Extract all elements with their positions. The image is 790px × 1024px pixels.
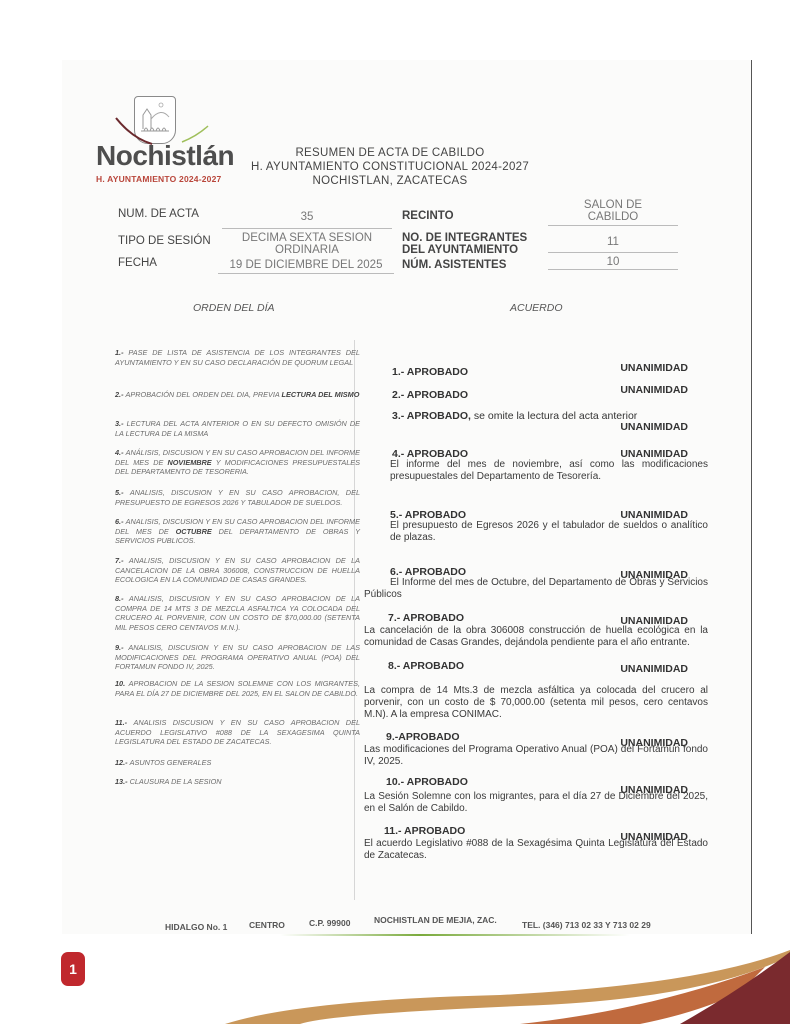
orden-item: 10. APROBACION DE LA SESION SOLEMNE CON … bbox=[115, 679, 360, 698]
acuerdo-heading: 1.- APROBADO bbox=[392, 366, 468, 378]
acuerdo-body: El acuerdo Legislativo #088 de la Sexagé… bbox=[364, 838, 708, 862]
vote-result: UNANIMIDAD bbox=[620, 384, 688, 396]
orden-item: 1.- PASE DE LISTA DE ASISTENCIA DE LOS I… bbox=[115, 348, 360, 367]
orden-item: 4.- ANÁLISIS, DISCUSION Y EN SU CASO APR… bbox=[115, 448, 360, 477]
orden-item: 13.- CLAUSURA DE LA SESION bbox=[115, 777, 360, 787]
acuerdo-heading: 2.- APROBADO bbox=[392, 389, 468, 401]
decorative-swoosh-icon bbox=[0, 940, 790, 1024]
orden-item: 8.- ANALISIS, DISCUSION Y EN SU CASO APR… bbox=[115, 594, 360, 632]
acuerdo-heading: 9.-APROBADO bbox=[386, 731, 460, 743]
acuerdo-heading: 7.- APROBADO bbox=[388, 612, 464, 624]
acuerdo-heading: 3.- APROBADO, se omite la lectura del ac… bbox=[392, 410, 637, 422]
fecha-value: 19 DE DICIEMBRE DEL 2025 bbox=[218, 259, 394, 271]
tipo-sesion-label: TIPO DE SESIÓN bbox=[118, 235, 211, 247]
logo-name: Nochistlán bbox=[96, 142, 234, 170]
document-title: RESUMEN DE ACTA DE CABILDO H. AYUNTAMIEN… bbox=[240, 146, 540, 188]
footer-district: CENTRO bbox=[249, 920, 285, 930]
footer-street: HIDALGO No. 1 bbox=[165, 922, 227, 932]
integrantes-value: 11 bbox=[548, 236, 678, 248]
orden-item: 12.- ASUNTOS GENERALES bbox=[115, 758, 360, 768]
acuerdo-heading: 11.- APROBADO bbox=[384, 825, 465, 837]
footer-postal: C.P. 99900 bbox=[309, 918, 350, 928]
footer-city: NOCHISTLAN DE MEJIA, ZAC. bbox=[374, 915, 497, 925]
tipo-sesion-value: DECIMA SEXTA SESION ORDINARIA bbox=[222, 232, 392, 256]
orden-del-dia-header: ORDEN DEL DÍA bbox=[193, 302, 275, 314]
page-edge bbox=[751, 60, 752, 934]
footer-rule bbox=[280, 934, 630, 936]
integrantes-label: NO. DE INTEGRANTES DEL AYUNTAMIENTO bbox=[402, 232, 527, 256]
orden-item: 7.- ANALISIS, DISCUSION Y EN SU CASO APR… bbox=[115, 556, 360, 585]
acuerdo-body: El presupuesto de Egresos 2026 y el tabu… bbox=[390, 520, 708, 544]
num-acta-value: 35 bbox=[222, 211, 392, 223]
acuerdo-body: La cancelación de la obra 306008 constru… bbox=[364, 625, 708, 649]
municipal-logo: Nochistlán H. AYUNTAMIENTO 2024-2027 bbox=[96, 96, 232, 186]
fecha-label: FECHA bbox=[118, 257, 157, 269]
vote-result: UNANIMIDAD bbox=[620, 421, 688, 433]
orden-item: 3.- LECTURA DEL ACTA ANTERIOR O EN SU DE… bbox=[115, 419, 360, 438]
orden-item: 9.- ANALISIS, DISCUSION Y EN SU CASO APR… bbox=[115, 643, 360, 672]
acuerdo-body: La compra de 14 Mts.3 de mezcla asfáltic… bbox=[364, 685, 708, 721]
acuerdo-body: El Informe del mes de Octubre, del Depar… bbox=[364, 577, 708, 601]
asistentes-value: 10 bbox=[548, 256, 678, 268]
acuerdo-body: La Sesión Solemne con los migrantes, par… bbox=[364, 791, 708, 815]
title-line-2: H. AYUNTAMIENTO CONSTITUCIONAL 2024-2027 bbox=[240, 160, 540, 174]
acuerdo-heading: 10.- APROBADO bbox=[386, 776, 468, 788]
orden-item: 2.- APROBACIÓN DEL ORDEN DEL DIA, PREVIA… bbox=[115, 390, 360, 400]
asistentes-label: NÚM. ASISTENTES bbox=[402, 259, 506, 271]
orden-item: 5.- ANALISIS, DISCUSION Y EN SU CASO APR… bbox=[115, 488, 360, 507]
title-line-3: NOCHISTLAN, ZACATECAS bbox=[240, 174, 540, 188]
orden-item: 6.- ANALISIS, DISCUSION Y EN SU CASO APR… bbox=[115, 517, 360, 546]
acuerdo-header: ACUERDO bbox=[510, 302, 563, 314]
title-line-1: RESUMEN DE ACTA DE CABILDO bbox=[240, 146, 540, 160]
acuerdo-body: Las modificaciones del Programa Operativ… bbox=[364, 744, 708, 768]
logo-subtitle: H. AYUNTAMIENTO 2024-2027 bbox=[96, 174, 221, 184]
acuerdo-heading: 8.- APROBADO bbox=[388, 660, 464, 672]
num-acta-label: NUM. DE ACTA bbox=[118, 208, 199, 220]
recinto-value: SALON DE CABILDO bbox=[548, 199, 678, 223]
footer-phone: TEL. (346) 713 02 33 Y 713 02 29 bbox=[522, 920, 651, 930]
vote-result: UNANIMIDAD bbox=[620, 362, 688, 374]
orden-item: 11.- ANALISIS DISCUSION Y EN SU CASO APR… bbox=[115, 718, 360, 747]
recinto-label: RECINTO bbox=[402, 210, 454, 222]
acuerdo-body: El informe del mes de noviembre, así com… bbox=[390, 459, 708, 483]
vote-result: UNANIMIDAD bbox=[620, 663, 688, 675]
